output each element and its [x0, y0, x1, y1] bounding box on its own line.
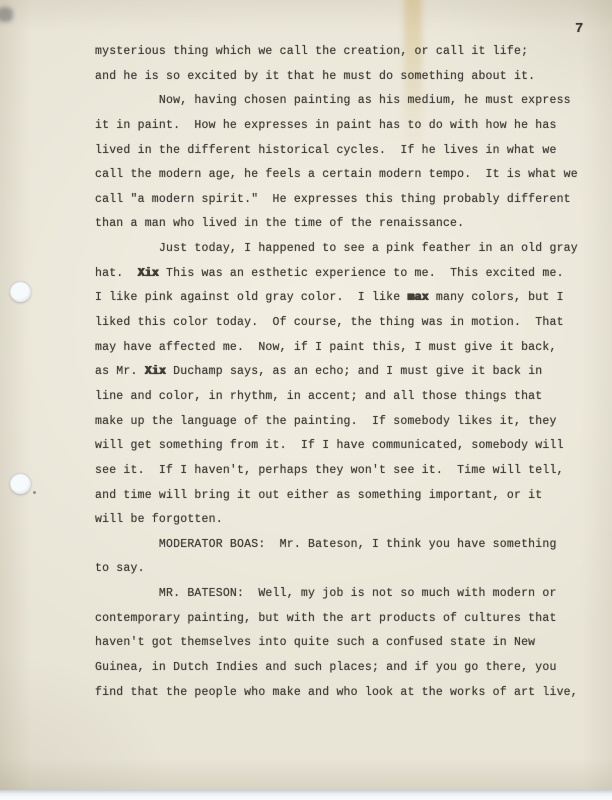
- text-line: make up the language of the painting. If…: [95, 410, 595, 435]
- text-line: MODERATOR BOAS: Mr. Bateson, I think you…: [95, 533, 595, 558]
- text-line: Now, having chosen painting as his mediu…: [95, 89, 595, 114]
- text-line: will be forgotten.: [95, 508, 595, 533]
- text-line: than a man who lived in the time of the …: [95, 212, 595, 237]
- text-line: liked this color today. Of course, the t…: [95, 311, 595, 336]
- text-line: MR. BATESON: Well, my job is not so much…: [95, 582, 595, 607]
- text-line: contemporary painting, but with the art …: [95, 607, 595, 632]
- scanned-document-page: 7 mysterious thing which we call the cre…: [0, 0, 612, 800]
- text-line: find that the people who make and who lo…: [95, 681, 595, 706]
- punch-hole-bottom: [10, 473, 31, 494]
- text-line: haven't got themselves into quite such a…: [95, 631, 595, 656]
- text-line: will get something from it. If I have co…: [95, 434, 595, 459]
- text-line: call "a modern spirit." He expresses thi…: [95, 188, 595, 213]
- text-line: Guinea, in Dutch Indies and such places;…: [95, 656, 595, 681]
- text-line: lived in the different historical cycles…: [95, 139, 595, 164]
- text-line: as Mr. Xix Duchamp says, as an echo; and…: [95, 360, 595, 385]
- ink-speck: [33, 491, 36, 494]
- typewritten-text: mysterious thing which we call the creat…: [95, 40, 595, 705]
- overstruck-word: max: [407, 291, 428, 304]
- text-line: and time will bring it out either as som…: [95, 484, 595, 509]
- corner-smudge: [0, 7, 13, 22]
- text-line: hat. Xix This was an esthetic experience…: [95, 262, 595, 287]
- scanner-background-edge: [0, 790, 612, 800]
- text-line: call the modern age, he feels a certain …: [95, 163, 595, 188]
- text-line: line and color, in rhythm, in accent; an…: [95, 385, 595, 410]
- text-line: and he is so excited by it that he must …: [95, 65, 595, 90]
- text-line: see it. If I haven't, perhaps they won't…: [95, 459, 595, 484]
- text-line: may have affected me. Now, if I paint th…: [95, 336, 595, 361]
- page-number: 7: [575, 21, 583, 37]
- paper-sheet: 7 mysterious thing which we call the cre…: [0, 0, 612, 790]
- text-line: it in paint. How he expresses in paint h…: [95, 114, 595, 139]
- punch-hole-top: [10, 281, 31, 302]
- overstruck-word: Xix: [138, 267, 159, 280]
- text-line: mysterious thing which we call the creat…: [95, 40, 595, 65]
- text-line: to say.: [95, 557, 595, 582]
- text-line: Just today, I happened to see a pink fea…: [95, 237, 595, 262]
- text-line: I like pink against old gray color. I li…: [95, 286, 595, 311]
- overstruck-word: Xix: [145, 365, 166, 378]
